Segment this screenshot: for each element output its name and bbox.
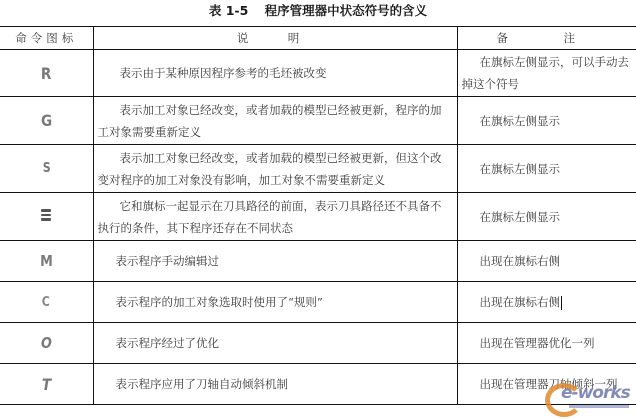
header-icon: 命令图标 xyxy=(0,27,93,50)
table-row: C 表示程序的加工对象选取时使用了“规则” 出现在旗标右侧 xyxy=(0,282,636,323)
status-g-icon: G xyxy=(41,111,52,130)
note-cell: 出现在旗标右侧 xyxy=(457,282,636,323)
note-cell: 在旗标左侧显示 xyxy=(457,97,636,145)
watermark-underline xyxy=(569,405,629,408)
description-cell: 表示程序经过了优化 xyxy=(93,323,457,364)
icon-cell: S xyxy=(0,145,93,193)
table-row: O 表示程序经过了优化 出现在管理器优化一列 xyxy=(0,323,636,364)
table-row: 它和旗标一起显示在刀具路径的前面，表示刀具路径还不具备不执行的条件，其下程序还存… xyxy=(0,193,636,241)
icon-cell: O xyxy=(0,323,93,364)
icon-cell: T xyxy=(0,364,93,405)
status-s-icon: S xyxy=(42,161,50,176)
note-cell: 在旗标左侧显示，可以手动去掉这个符号 xyxy=(457,50,636,97)
note-cell: 在旗标左侧显示 xyxy=(457,145,636,193)
note-cell: 出现在管理器优化一列 xyxy=(457,323,636,364)
table-row: S 表示加工对象已经改变，或者加载的模型已经被更新，但这个改变对程序的加工对象没… xyxy=(0,145,636,193)
icon-cell: M xyxy=(0,241,93,282)
text-cursor xyxy=(561,296,562,310)
description-cell: 表示加工对象已经改变，或者加载的模型已经被更新，程序的加工对象需要重新定义 xyxy=(93,97,457,145)
header-description: 说 明 xyxy=(93,27,457,50)
icon-cell xyxy=(0,193,93,241)
description-cell: 表示加工对象已经改变，或者加载的模型已经被更新，但这个改变对程序的加工对象没有影… xyxy=(93,145,457,193)
note-cell: 出现在管理器刀轴倾斜一列 xyxy=(457,364,636,405)
status-c-icon: C xyxy=(42,295,50,310)
table-caption: 表 1-5 程序管理器中状态符号的含义 xyxy=(0,0,636,24)
note-cell: 在旗标左侧显示 xyxy=(457,193,636,241)
table-row: M 表示程序手动编辑过 出现在旗标右侧 xyxy=(0,241,636,282)
table-row: G 表示加工对象已经改变，或者加载的模型已经被更新，程序的加工对象需要重新定义 … xyxy=(0,97,636,145)
table-title: 程序管理器中状态符号的含义 xyxy=(265,3,428,18)
status-symbol-table: 命令图标 说 明 备 注 R 表示由于某种原因程序参考的毛坯被改变 在旗标左侧显… xyxy=(0,26,636,405)
icon-cell: G xyxy=(0,97,93,145)
status-r-icon: R xyxy=(41,64,51,83)
status-m-icon: M xyxy=(40,252,53,270)
description-cell: 表示程序手动编辑过 xyxy=(93,241,457,282)
header-note: 备 注 xyxy=(457,27,636,50)
note-cell: 出现在旗标右侧 xyxy=(457,241,636,282)
status-t-icon: T xyxy=(42,375,51,394)
table-number: 表 1-5 xyxy=(209,3,248,18)
table-row: T 表示程序应用了刀轴自动倾斜机制 出现在管理器刀轴倾斜一列 xyxy=(0,364,636,405)
description-cell: 表示程序应用了刀轴自动倾斜机制 xyxy=(93,364,457,405)
table-row: R 表示由于某种原因程序参考的毛坯被改变 在旗标左侧显示，可以手动去掉这个符号 xyxy=(0,50,636,97)
status-triple-bar-icon xyxy=(41,207,51,223)
description-cell: 它和旗标一起显示在刀具路径的前面，表示刀具路径还不具备不执行的条件，其下程序还存… xyxy=(93,193,457,241)
description-cell: 表示程序的加工对象选取时使用了“规则” xyxy=(93,282,457,323)
description-cell: 表示由于某种原因程序参考的毛坯被改变 xyxy=(93,50,457,97)
icon-cell: R xyxy=(0,50,93,97)
header-row: 命令图标 说 明 备 注 xyxy=(0,27,636,50)
icon-cell: C xyxy=(0,282,93,323)
status-o-icon: O xyxy=(41,334,52,352)
